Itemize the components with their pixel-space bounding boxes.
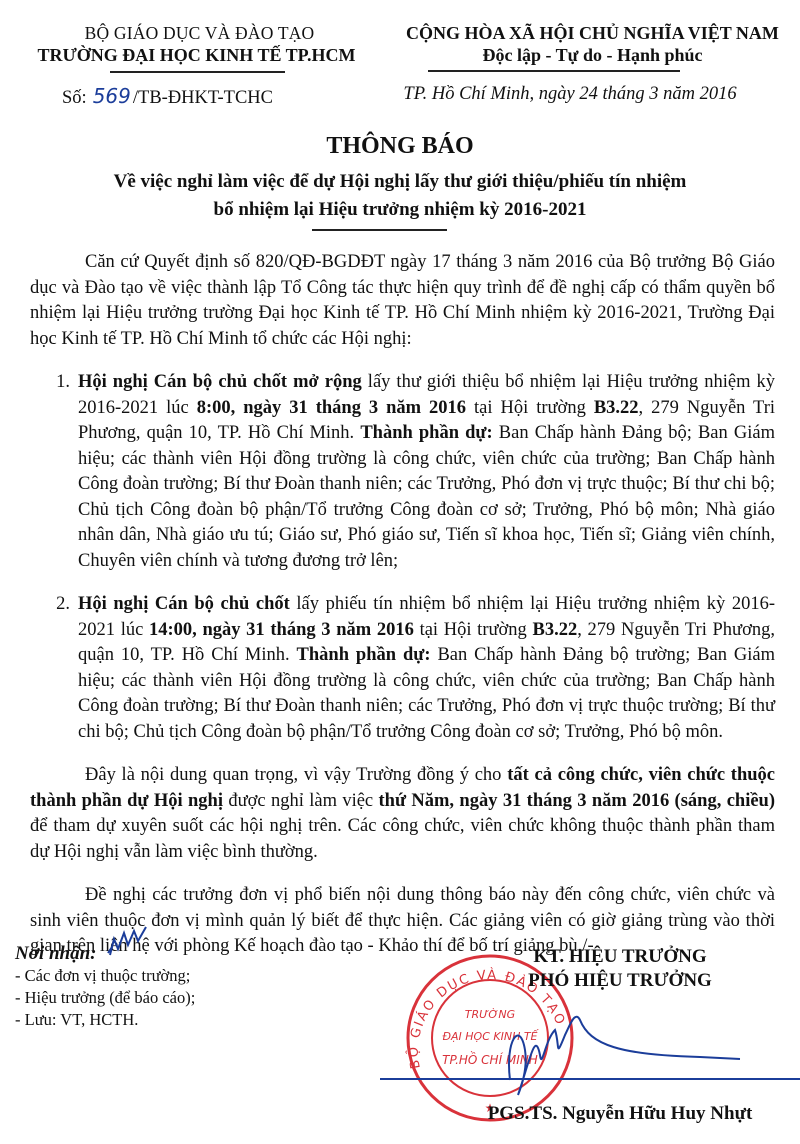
title-underline — [312, 229, 447, 231]
signatory-title: KT. HIỆU TRƯỞNG PHÓ HIỆU TRƯỞNG — [470, 945, 770, 993]
issuer-underline — [110, 71, 285, 73]
recipient-item: - Các đơn vị thuộc trường; — [15, 965, 195, 987]
number-label: Số: — [62, 88, 87, 108]
ministry-name: BỘ GIÁO DỤC VÀ ĐÀO TẠO — [0, 22, 385, 44]
place-date: TP. Hồ Chí Minh, ngày 24 tháng 3 năm 201… — [370, 84, 770, 105]
intro-paragraph: Căn cứ Quyết định số 820/QĐ-BGDĐT ngày 1… — [30, 250, 775, 352]
issuer-block: BỘ GIÁO DỤC VÀ ĐÀO TẠO TRƯỜNG ĐẠI HỌC KI… — [0, 22, 385, 66]
item-text: Hội nghị Cán bộ chủ chốt lấy phiếu tín n… — [78, 592, 775, 745]
subtitle-line-2: bổ nhiệm lại Hiệu trưởng nhiệm kỳ 2016-2… — [0, 196, 800, 224]
attendance-paragraph: Đây là nội dung quan trọng, vì vậy Trườn… — [30, 763, 775, 865]
school-name: TRƯỜNG ĐẠI HỌC KINH TẾ TP.HCM — [0, 44, 385, 66]
republic-name: CỘNG HÒA XÃ HỘI CHỦ NGHĨA VIỆT NAM — [385, 22, 800, 44]
signatory-line-2: PHÓ HIỆU TRƯỞNG — [470, 969, 770, 993]
list-item: 1. Hội nghị Cán bộ chủ chốt mở rộng lấy … — [30, 370, 775, 574]
signer-name: PGS.TS. Nguyễn Hữu Huy Nhựt — [440, 1103, 800, 1125]
national-header: CỘNG HÒA XÃ HỘI CHỦ NGHĨA VIỆT NAM Độc l… — [385, 22, 800, 66]
number-suffix: /TB-ĐHKT-TCHC — [133, 88, 273, 108]
handwritten-initials-icon — [100, 925, 160, 965]
signature-stroke — [380, 1078, 800, 1080]
handwritten-number: 569 — [93, 84, 131, 108]
item-number: 2. — [30, 592, 78, 745]
handwritten-signature-icon — [500, 1000, 790, 1110]
document-title: THÔNG BÁO — [0, 133, 800, 160]
national-motto: Độc lập - Tự do - Hạnh phúc — [385, 44, 800, 66]
recipient-item: - Lưu: VT, HCTH. — [15, 1009, 195, 1031]
subtitle-line-1: Về việc nghỉ làm việc để dự Hội nghị lấy… — [0, 168, 800, 196]
document-body: Căn cứ Quyết định số 820/QĐ-BGDĐT ngày 1… — [30, 250, 775, 960]
motto-underline — [428, 70, 680, 72]
item-text: Hội nghị Cán bộ chủ chốt mở rộng lấy thư… — [78, 370, 775, 574]
item-number: 1. — [30, 370, 78, 574]
signatory-line-1: KT. HIỆU TRƯỞNG — [470, 945, 770, 969]
list-item: 2. Hội nghị Cán bộ chủ chốt lấy phiếu tí… — [30, 592, 775, 745]
document-subtitle: Về việc nghỉ làm việc để dự Hội nghị lấy… — [0, 168, 800, 224]
document-number: Số:569/TB-ĐHKT-TCHC — [62, 84, 273, 109]
recipient-item: - Hiệu trưởng (để báo cáo); — [15, 987, 195, 1009]
